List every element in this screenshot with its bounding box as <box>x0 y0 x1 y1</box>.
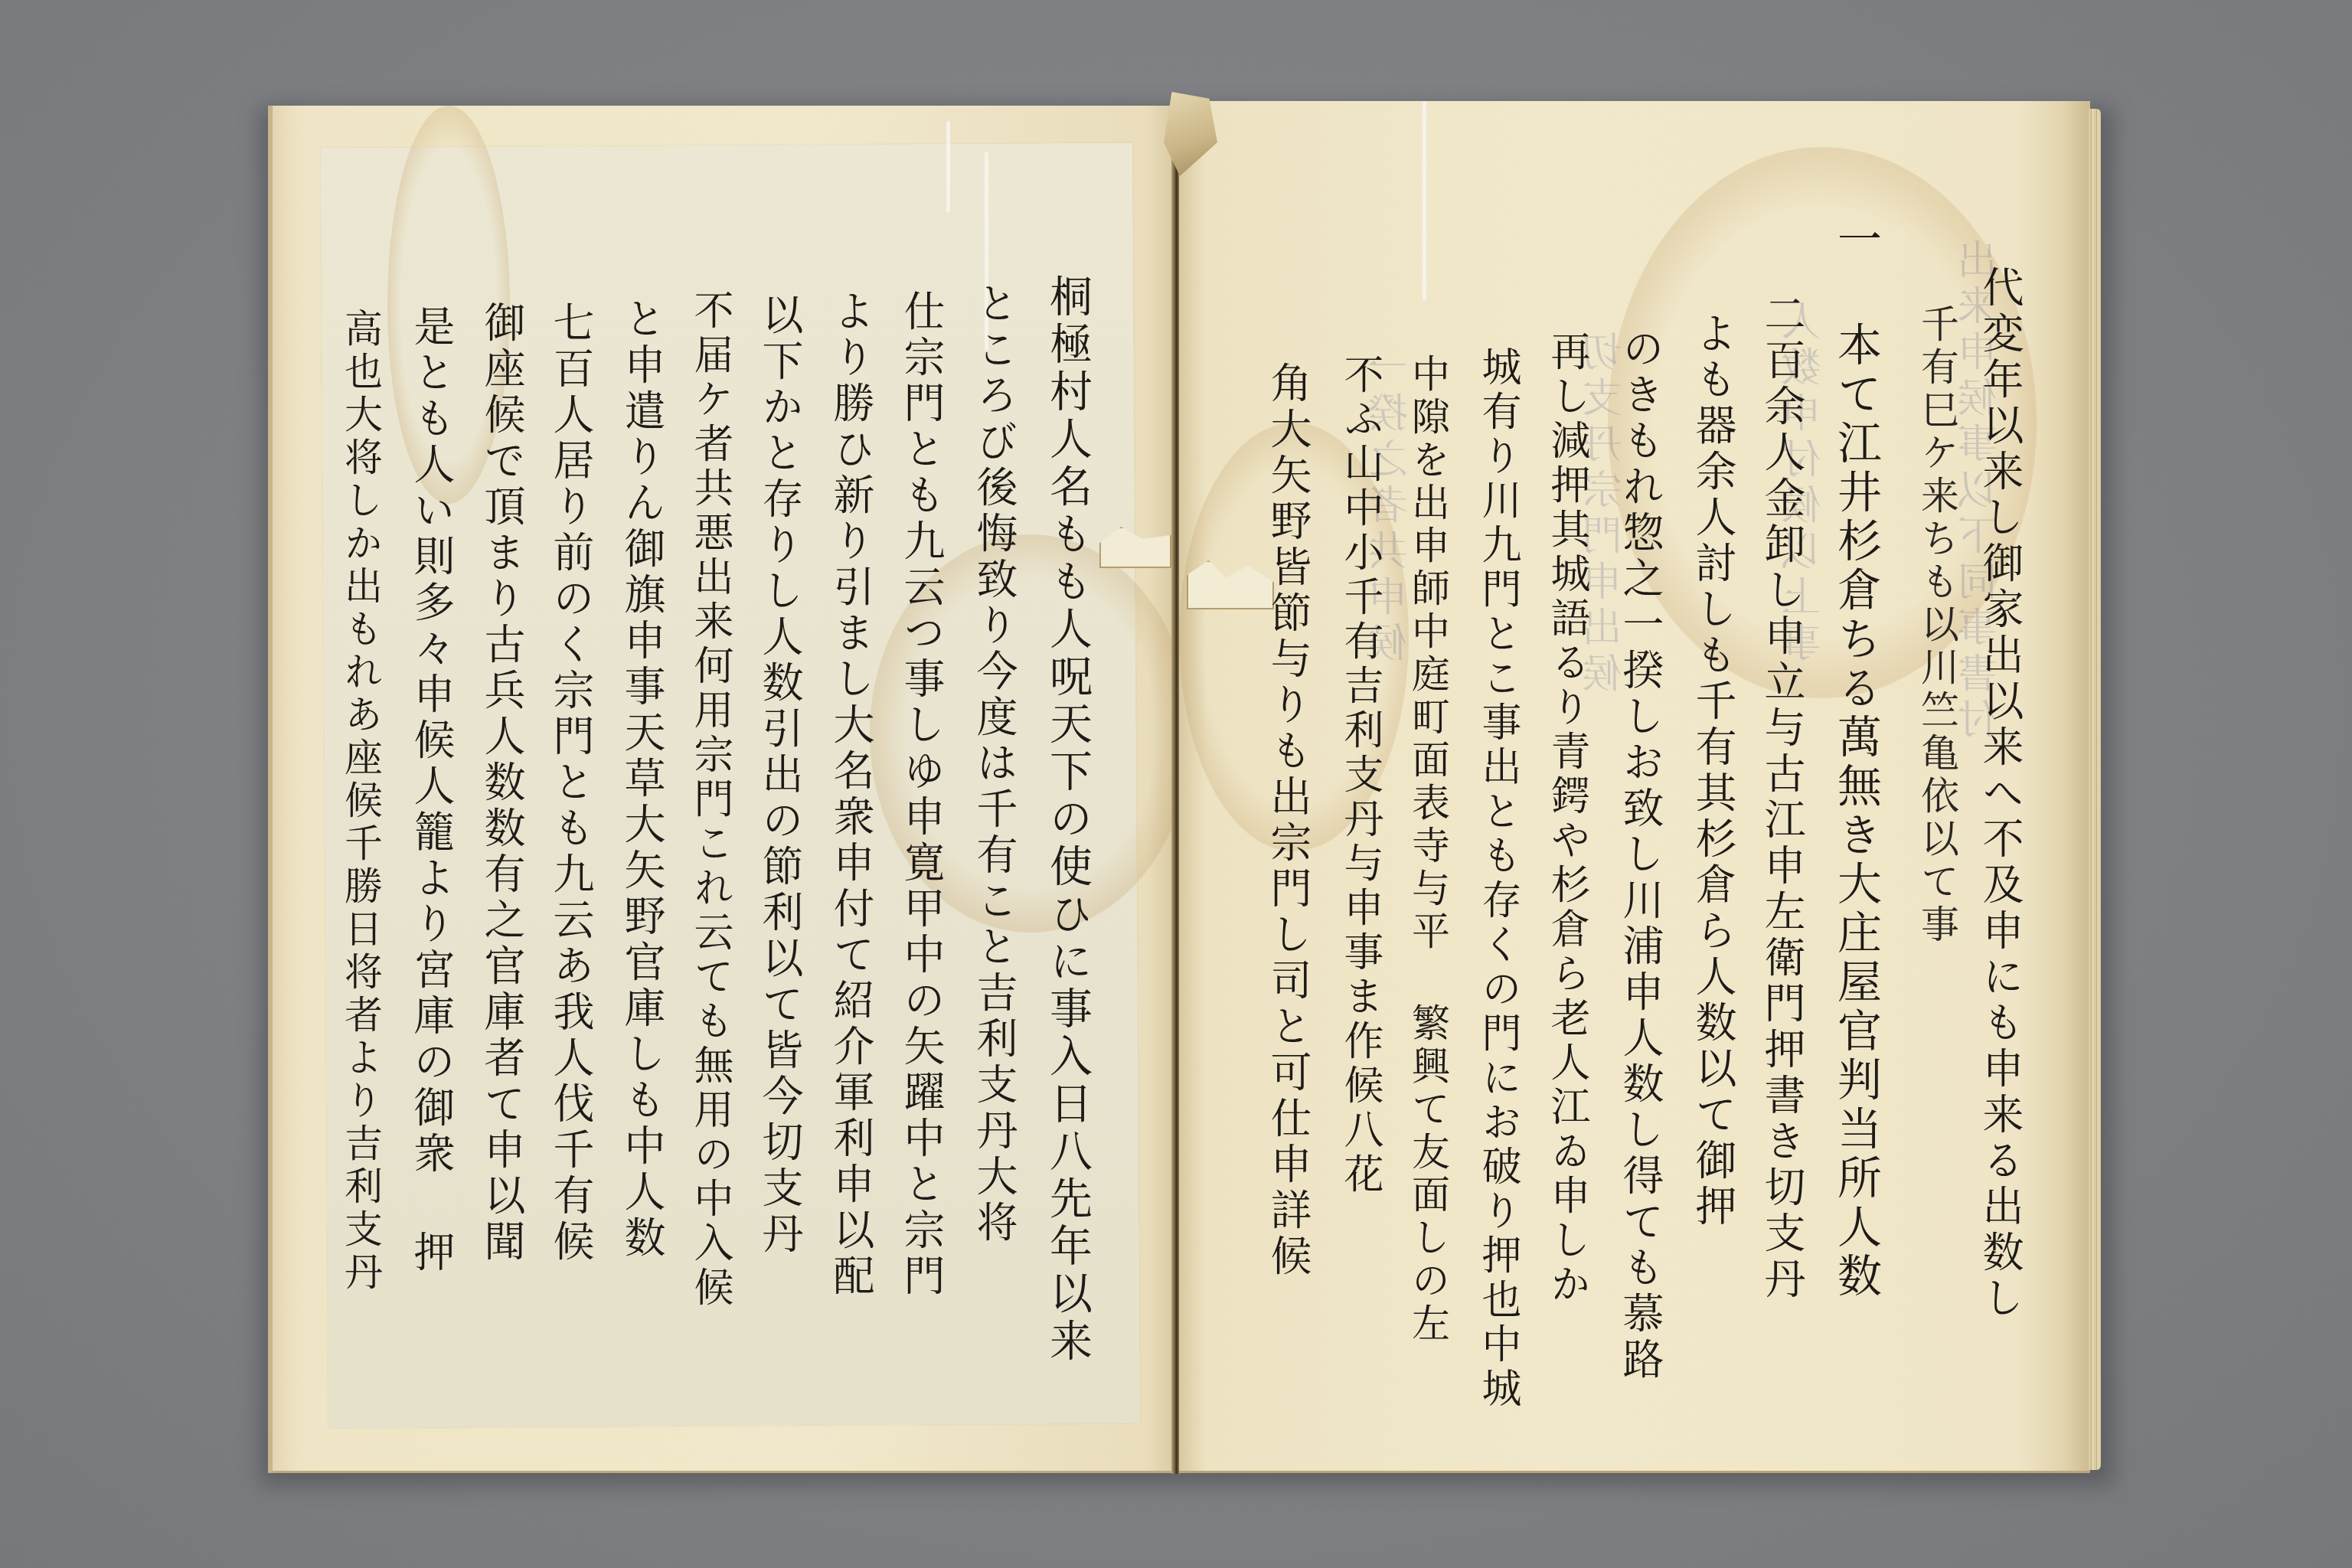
text-column-10: 不ふ山中小千有吉利支丹与申事ま作候八花 <box>1340 354 1380 1197</box>
text-column-4: 二百余人金卸し申立与古江申左衛門押書き切支丹 <box>1761 292 1802 1303</box>
text-column-9: 中隙を出申師中庭町面表寺与平 繁興て友面しの左 <box>1409 354 1447 1346</box>
right-page: 出来申候事以下同事書付 人数申付候以上事 切支丹宗門申出候 一揆之者共申候 代変… <box>1179 101 2090 1473</box>
page-stack-edge <box>2089 109 2101 1470</box>
text-column-5: 以下かと存りし人数引出の節利以て皆今切支丹 <box>759 293 800 1258</box>
text-column-1: 代変年以来し御家出以来へ不及申にも申来る出数し <box>1979 266 2020 1322</box>
text-column-7: 再し減押其城語るり青鍔や杉倉ら老人江ゐ申しか <box>1547 331 1586 1308</box>
text-column-2: 千有巳ケ来ちも以川竺亀依以て事 <box>1918 304 1956 947</box>
paper-crack <box>946 121 950 213</box>
paper-crack <box>1423 101 1426 300</box>
text-column-5: よも器余人討しも千有其杉倉ら人数以て御押 <box>1692 312 1733 1230</box>
text-column-4: より勝ひ新り引まし大名衆申付て紹介軍利申以配 <box>830 289 871 1300</box>
text-column-3: 仕宗門とも九云つ事しゆ申寛甲中の矢躍中と宗門 <box>900 289 942 1300</box>
text-column-6: のきもれ惣之一揆しお致し川浦申人数し得ても慕路 <box>1619 327 1661 1383</box>
text-column-2: ところび後悔致り今度は千有こと吉利支丹大将 <box>973 282 1014 1246</box>
text-column-10: 是とも人い則多々申候人籠より宮庫の御衆 押 <box>410 305 452 1276</box>
text-column-7: と申遣りん御旗申事天草大矢野官庫しも中人数 <box>621 297 662 1262</box>
text-column-3: 一 本て江井杉倉ちる萬無き大庄屋官判当所人数 <box>1834 216 1878 1302</box>
text-column-11: 角大矢野皆節与りも出宗門し司と可仕申詳候 <box>1267 361 1308 1280</box>
text-column-1: 桐極村人名もも人呪天下の使ひに事入日八先年以来 <box>1046 274 1089 1366</box>
text-column-8: 七百人居り前のく宗門とも九云あ我人伐千有候 <box>550 301 591 1266</box>
text-column-6: 不届ケ者共悪出来何用宗門これ云ても無用の中入候 <box>690 289 730 1311</box>
left-page: 桐極村人名もも人呪天下の使ひに事入日八先年以来 ところび後悔致り今度は千有こと吉… <box>268 106 1175 1473</box>
text-column-8: 城有り川九門とこ事出とも存くの門にお破り押也中城 <box>1478 346 1517 1412</box>
text-column-11: 高也大将しか出もれあ座候千勝日将者より吉利支丹 <box>341 309 380 1295</box>
text-column-9: 御座候で頂まり古兵人数数有之官庫者て申以聞 <box>481 301 522 1266</box>
